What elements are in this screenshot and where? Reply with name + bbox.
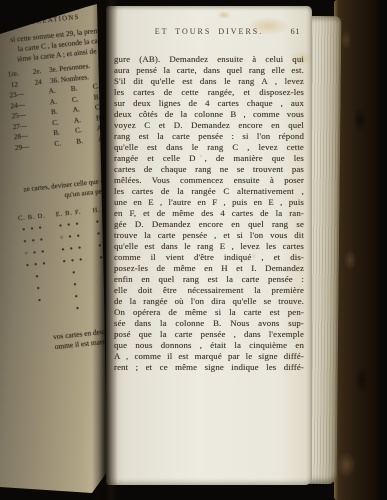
- text-line: cartes de chaque rang ne se trouvent pas: [114, 164, 304, 175]
- card-dots: ●: [60, 301, 98, 317]
- text-line: rent ; et ce même signe indique les diff…: [114, 362, 304, 373]
- text-line: sur deux lignes de 4 cartes chaque , aux: [114, 98, 304, 109]
- table-cell-sum: 29—: [14, 139, 47, 153]
- text-line: sée dans la colonne B. Nous avons sup-: [114, 318, 304, 329]
- text-line: A , comme il est marqué par le signe dif…: [114, 351, 304, 362]
- text-line: trouve la carte pensée , et si l'on vous…: [114, 230, 304, 241]
- text-line: rang est la carte pensée : si l'on répon…: [114, 131, 304, 142]
- text-line: en F, et de même des 4 cartes de la ran-: [114, 208, 304, 219]
- text-line: elle doit être nécessairement la premièr…: [114, 285, 304, 296]
- text-line: de la rangée où l'on dira qu'elle se tro…: [114, 296, 304, 307]
- book-photo: RÉCRÉATIONS si cette somme est 29, la pr…: [0, 0, 387, 500]
- text-line: qu'elle est dans le rang C , levez cette: [114, 142, 304, 153]
- table-rows: 23— A. B. C. 24— A. C. B.: [0, 79, 121, 155]
- text-line: enfin en quel rang est la carte pensée :: [114, 274, 304, 285]
- text-line: comme il vient d'être indiqué , et dis-: [114, 252, 304, 263]
- text-line: mêlées. Vous commencez ensuite à poser: [114, 175, 304, 186]
- running-header-title: ET TOURS DIVERS.: [155, 27, 263, 36]
- text-line: gée D. Demandez encore en quel rang se: [114, 219, 304, 230]
- text-line: posez-les de même en H et I. Demandez: [114, 263, 304, 274]
- text-line: rangée et celle D , de manière que les: [114, 153, 304, 164]
- text-line: les cartes de la rangée C alternativemen…: [114, 186, 304, 197]
- text-line: les cartes de cette rangée, et disposez-…: [114, 87, 304, 98]
- text-line: gure (AB). Demandez ensuite à celui qui: [114, 54, 304, 65]
- book-cover: [334, 0, 380, 500]
- text-line: S'il dit qu'elle est dans le rang A , le…: [114, 76, 304, 87]
- table-cell: B.: [68, 135, 91, 148]
- page-number: 61: [291, 26, 301, 36]
- table-cell: C.: [46, 137, 69, 150]
- text-line: aura pensé la carte, dans quel rang elle…: [114, 65, 304, 76]
- card-dots: [23, 305, 61, 321]
- right-page: ET TOURS DIVERS. 61 gure (AB). Demandez …: [106, 6, 312, 485]
- text-line: posé que la carte pensée , dans l'exempl…: [114, 329, 304, 340]
- text-line: qu'elle est dans le rang E , levez les c…: [114, 241, 304, 252]
- text-line: une en E , l'autre en F , puis en E , pu…: [114, 197, 304, 208]
- text-line: deux côtés de la colonne B , comme vous: [114, 109, 304, 120]
- running-header: ET TOURS DIVERS. 61: [118, 27, 300, 36]
- text-line: On opérera de même si la carte est pen-: [114, 307, 304, 318]
- left-page: RÉCRÉATIONS si cette somme est 29, la pr…: [0, 0, 112, 500]
- permutation-table: 1re.2e.3e. Personnes. 122436. Nombres. 2…: [0, 59, 121, 156]
- text-line: que nous donnons , était la cinquième en: [114, 340, 304, 351]
- text-line: voyez C et D. Demandez encore en quel: [114, 120, 304, 131]
- body-text: gure (AB). Demandez ensuite à celui quia…: [114, 54, 304, 373]
